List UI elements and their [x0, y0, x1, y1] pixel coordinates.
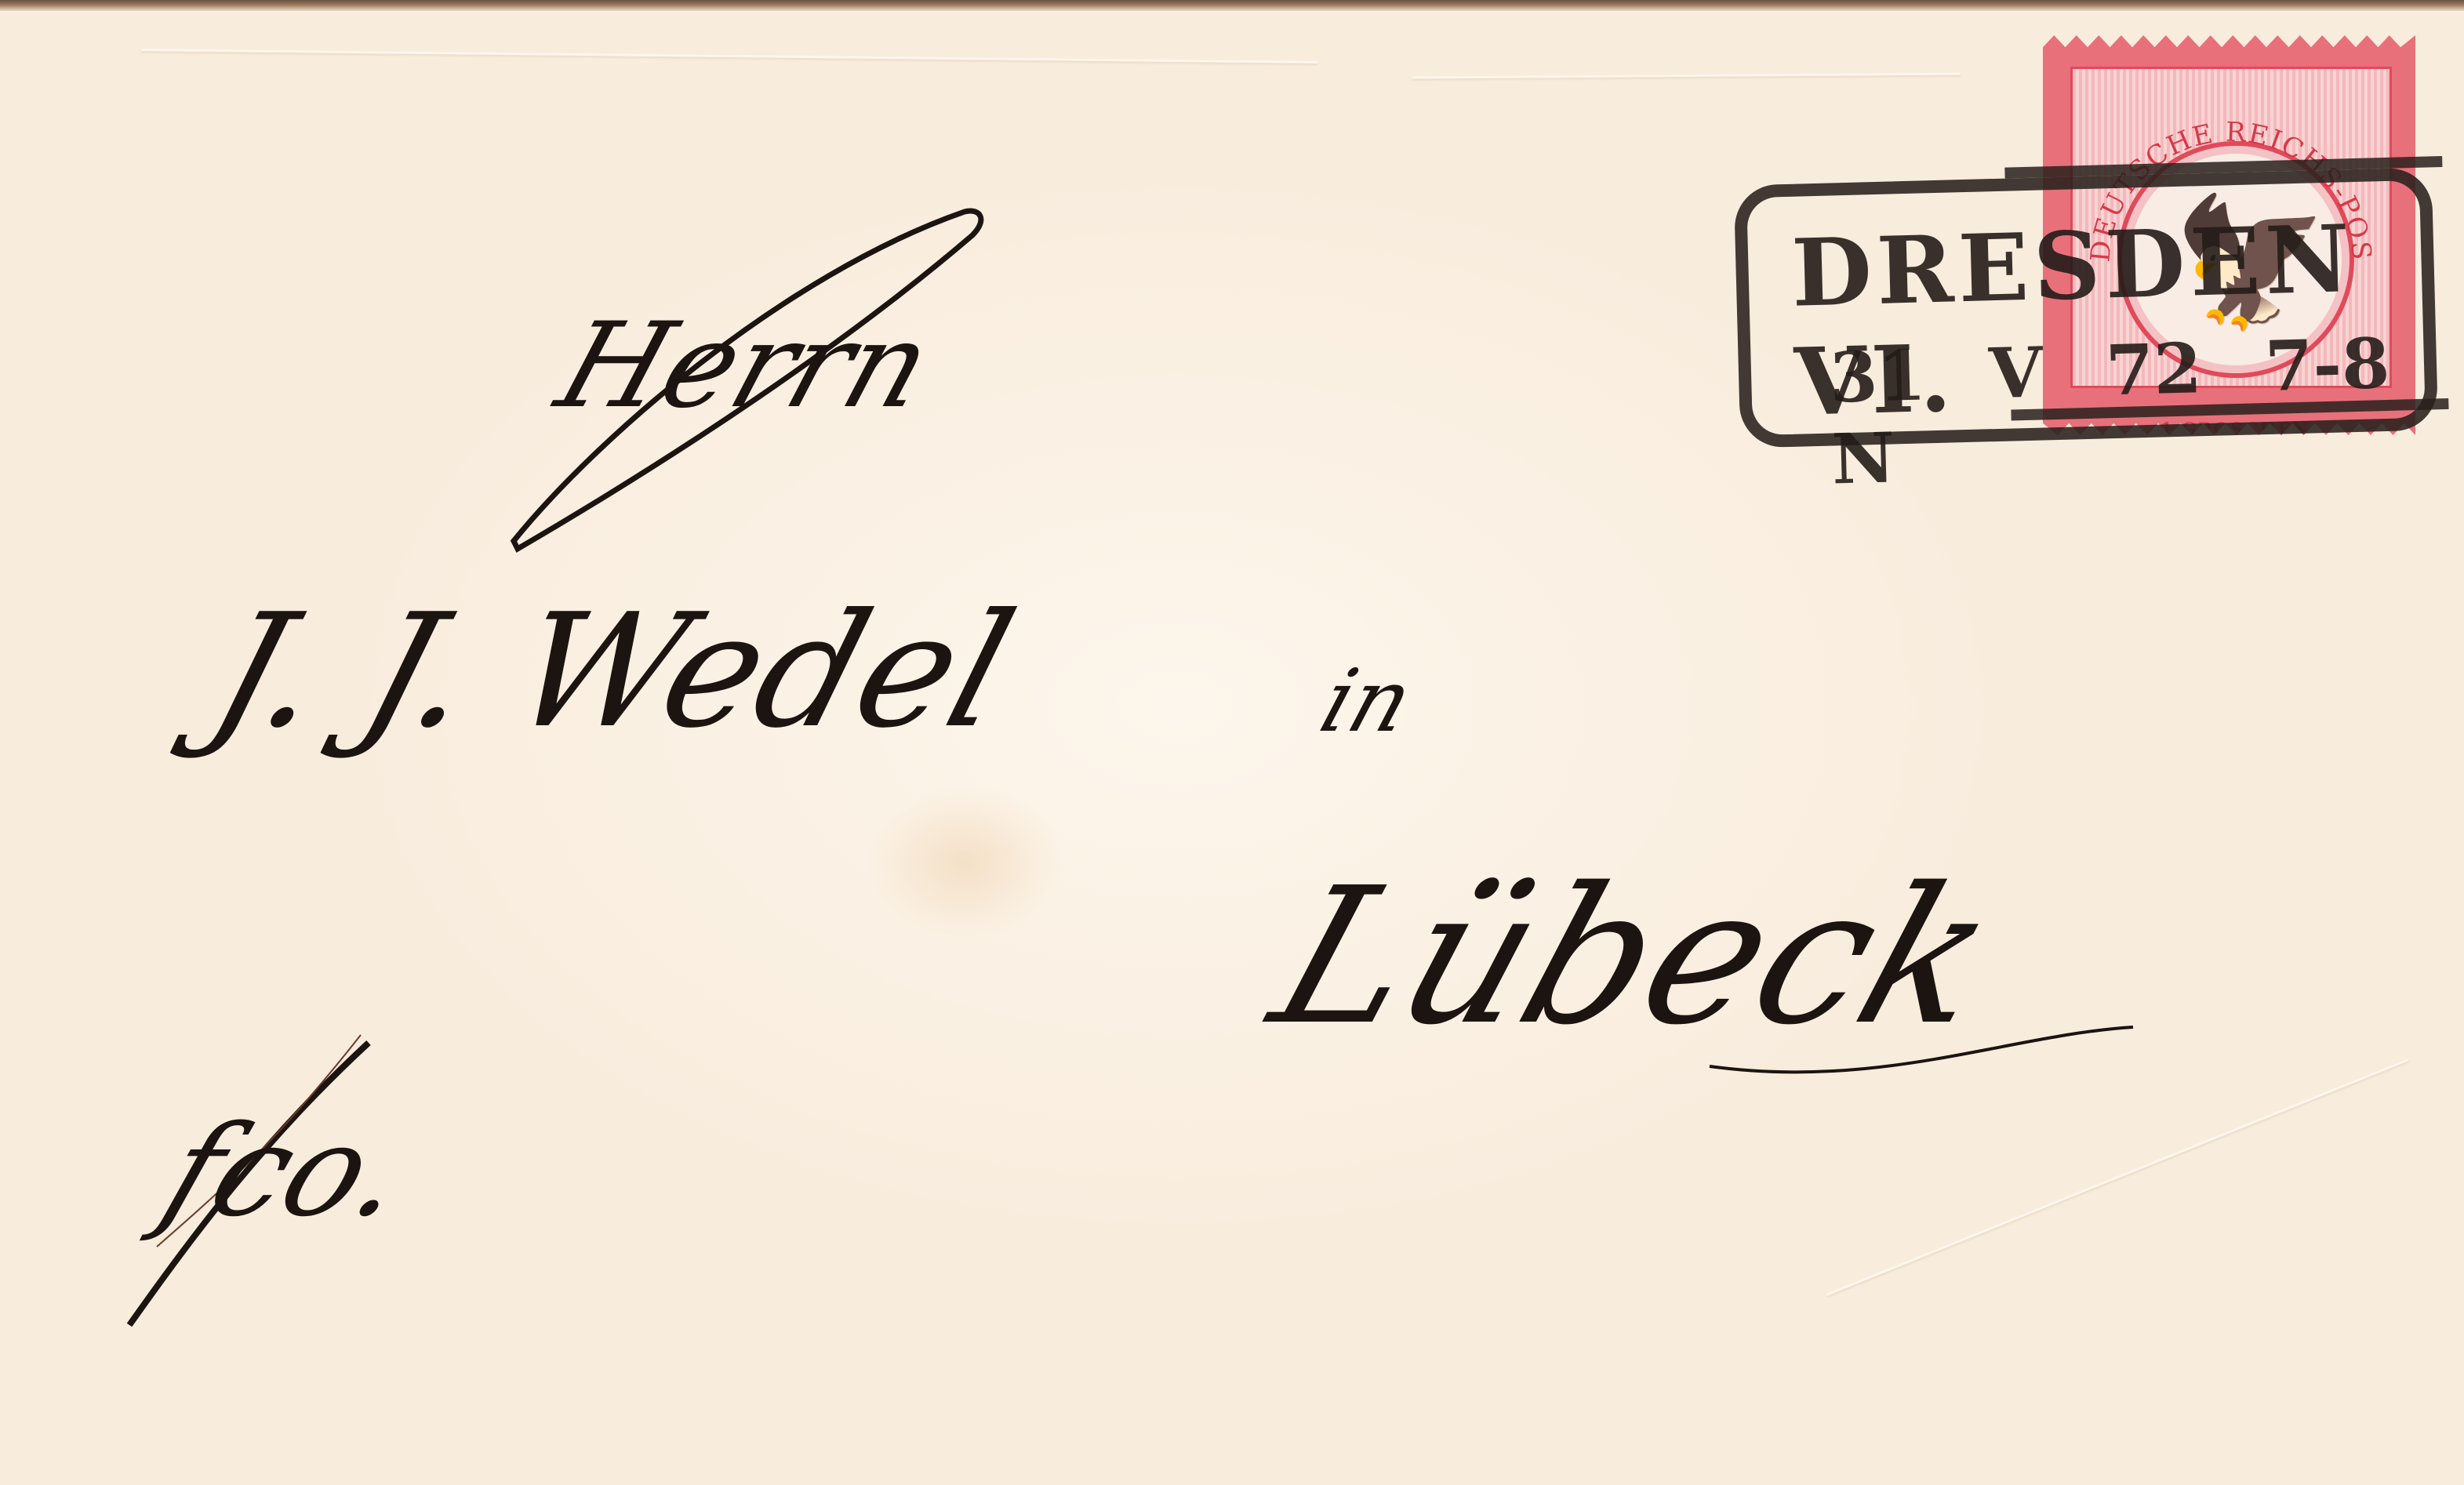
salutation-text: Herrn	[543, 298, 947, 434]
paper-crease	[1412, 73, 1961, 79]
paper-crease	[141, 49, 1317, 64]
preposition-text: in	[1309, 651, 1425, 751]
recipient-name: J. J. Wedel	[194, 580, 1031, 763]
destination-city: Lübeck	[1251, 847, 2019, 1066]
postmark-month: V	[1988, 331, 2044, 414]
postmark-year: 72	[2105, 327, 2203, 411]
paper-crease	[1826, 1058, 2409, 1295]
postage-note: fco.	[146, 1098, 429, 1244]
postmark-day: 31	[1829, 334, 1927, 418]
postmark: DRESDEN VI. 31 V 72 7-8 N	[1734, 167, 2438, 448]
envelope: Herrn J. J. Wedel in Lübeck fco. 🦅 DEUTS…	[0, 0, 2464, 1485]
envelope-top-edge	[0, 0, 2464, 11]
